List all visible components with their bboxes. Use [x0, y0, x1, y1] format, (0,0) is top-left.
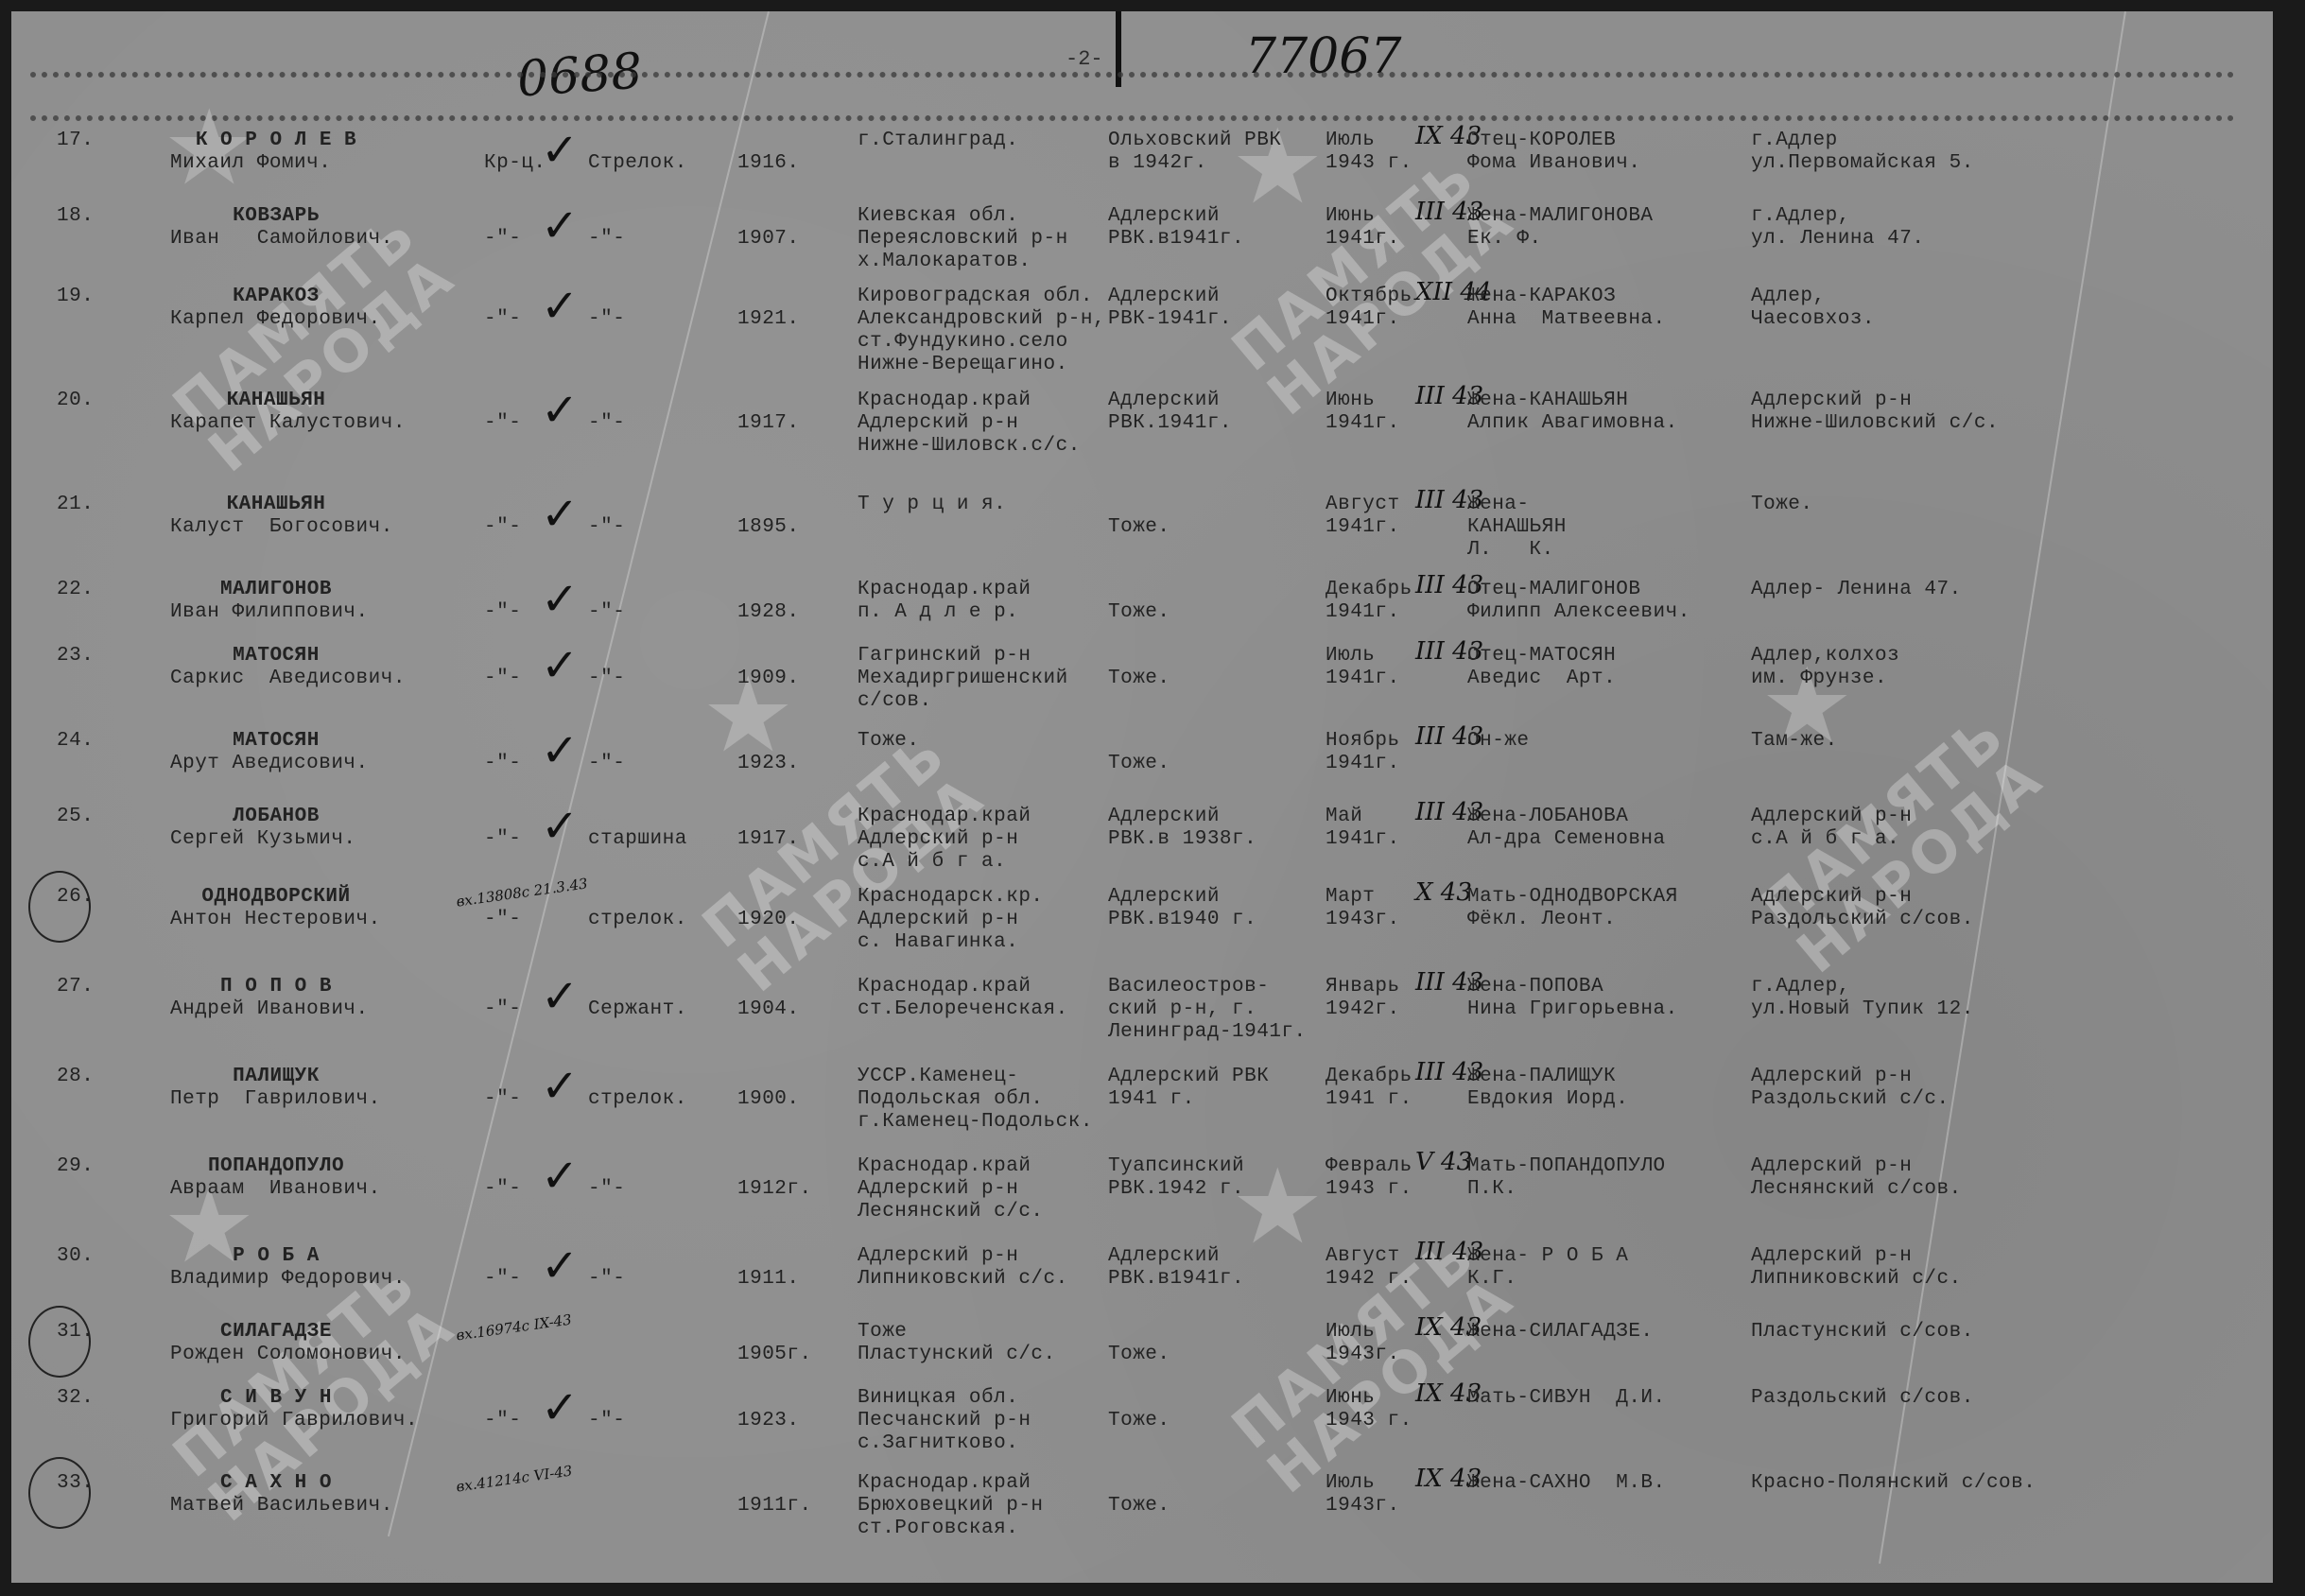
kin-address: Адлерский р-н Липниковский с/с.: [1751, 1245, 1962, 1291]
page-marker: -2-: [1066, 47, 1103, 71]
enlistment-office: Ольховский РВК в 1942г.: [1108, 130, 1281, 175]
checkmark-icon: ✓: [541, 800, 579, 853]
next-of-kin: Жена-КАРАКОЗ Анна Матвеевна.: [1467, 286, 1666, 331]
given-name-patronymic: Михаил Фомич.: [170, 152, 331, 175]
next-of-kin: Жена-САХНО М.В.: [1467, 1472, 1666, 1495]
rank: Стрелок.: [588, 152, 687, 175]
birthplace: Кировоградская обл. Александровский р-н,…: [858, 286, 1105, 376]
loss-date: Август 1942 г.: [1326, 1245, 1412, 1291]
row-number: 18.: [57, 205, 94, 228]
enlistment-office: Тоже.: [1108, 516, 1170, 539]
enlistment-office: Тоже.: [1108, 1344, 1170, 1366]
next-of-kin: Отец-МАЛИГОНОВ Филипп Алексеевич.: [1467, 579, 1690, 624]
birthplace: Краснодар.край Адлерский р-н с.А й б г а…: [858, 806, 1031, 874]
kin-address: Адлерский р-н Леснянский с/сов.: [1751, 1155, 1962, 1201]
social-origin: -"-: [484, 1410, 521, 1432]
birthplace: Тоже.: [858, 730, 920, 753]
birth-year: 1905г.: [737, 1344, 812, 1366]
social-origin: -"-: [484, 753, 521, 775]
loss-date: Июнь 1943 г.: [1326, 1387, 1412, 1432]
rank: -"-: [588, 1410, 625, 1432]
surname: ПОПАНДОПУЛО: [153, 1155, 399, 1178]
row-number: 17.: [57, 130, 94, 152]
enlistment-office: Адлерский РВК.в1940 г.: [1108, 886, 1256, 931]
loss-date: Июнь 1941г.: [1326, 390, 1400, 435]
next-of-kin: Он-же: [1467, 730, 1530, 753]
surname: КАРАКОЗ: [153, 286, 399, 308]
birth-year: 1895.: [737, 516, 800, 539]
given-name-patronymic: Калуст Богосович.: [170, 516, 393, 539]
kin-address: Там-же.: [1751, 730, 1838, 753]
row-number: 23.: [57, 645, 94, 668]
birthplace: УССР.Каменец- Подольская обл. г.Каменец-…: [858, 1066, 1093, 1134]
social-origin: -"-: [484, 1268, 521, 1291]
social-origin: -"-: [484, 1178, 521, 1201]
row-number: 27.: [57, 976, 94, 998]
birthplace: Виницкая обл. Песчанский р-н с.Загнитков…: [858, 1387, 1031, 1455]
social-origin: -"-: [484, 308, 521, 331]
surname: ОДНОДВОРСКИЙ: [153, 886, 399, 909]
rank: Сержант.: [588, 998, 687, 1021]
loss-date: Ноябрь 1941г.: [1326, 730, 1400, 775]
social-origin: -"-: [484, 412, 521, 435]
kin-address: Пластунский с/сов.: [1751, 1321, 1974, 1344]
rank: -"-: [588, 1268, 625, 1291]
given-name-patronymic: Саркис Аведисович.: [170, 668, 406, 690]
document-page: -2- 0688 77067 ПАМЯТЬ НАРОДА ПАМЯТЬ НАРО…: [11, 11, 2273, 1583]
kin-address: Адлер, Чаесовхоз.: [1751, 286, 1875, 331]
given-name-patronymic: Петр Гаврилович.: [170, 1088, 381, 1111]
rank: -"-: [588, 412, 625, 435]
kin-address: г.Адлер, ул.Новый Тупик 12.: [1751, 976, 1974, 1021]
checkmark-icon: ✓: [541, 280, 579, 333]
social-origin: -"-: [484, 998, 521, 1021]
birthplace: Киевская обл. Переясловский р-н х.Малока…: [858, 205, 1068, 273]
row-number: 25.: [57, 806, 94, 828]
given-name-patronymic: Иван Самойлович.: [170, 228, 393, 251]
birth-year: 1921.: [737, 308, 800, 331]
social-origin: -"-: [484, 516, 521, 539]
rank: -"-: [588, 1178, 625, 1201]
birthplace: Краснодар.край Брюховецкий р-н ст.Роговс…: [858, 1472, 1044, 1540]
checkmark-icon: ✓: [541, 1381, 579, 1434]
given-name-patronymic: Григорий Гаврилович.: [170, 1410, 418, 1432]
kin-address: Адлер,колхоз им. Фрунзе.: [1751, 645, 1899, 690]
birth-year: 1909.: [737, 668, 800, 690]
surname: СИЛАГАДЗЕ: [153, 1321, 399, 1344]
header-separator: [30, 72, 2235, 78]
enlistment-office: Василеостров- ский р-н, г. Ленинград-194…: [1108, 976, 1307, 1044]
loss-date: Октябрь 1941г.: [1326, 286, 1412, 331]
loss-date: Декабрь 1941г.: [1326, 579, 1412, 624]
birth-year: 1928.: [737, 601, 800, 624]
enlistment-office: Адлерский РВК-1941г.: [1108, 286, 1232, 331]
birthplace: г.Сталинград.: [858, 130, 1018, 152]
row-number: 31.: [57, 1321, 94, 1344]
kin-address: Раздольский с/сов.: [1751, 1387, 1974, 1410]
handwritten-roman-annotation: V 43: [1415, 1148, 1472, 1176]
surname: С И В У Н: [153, 1387, 399, 1410]
birth-year: 1900.: [737, 1088, 800, 1111]
loss-date: Май 1941г.: [1326, 806, 1400, 851]
next-of-kin: Мать-ОДНОДВОРСКАЯ Фёкл. Леонт.: [1467, 886, 1678, 931]
checkmark-icon: ✓: [541, 639, 579, 692]
social-origin: Кр-ц.: [484, 152, 546, 175]
loss-date: Январь 1942г.: [1326, 976, 1400, 1021]
birthplace: Т у р ц и я.: [858, 494, 1006, 516]
checkmark-icon: ✓: [541, 384, 579, 437]
row-number: 28.: [57, 1066, 94, 1088]
enlistment-office: Адлерский РВК 1941 г.: [1108, 1066, 1269, 1111]
rank: -"-: [588, 516, 625, 539]
social-origin: -"-: [484, 601, 521, 624]
loss-date: Июль 1941г.: [1326, 645, 1400, 690]
star-watermark-icon: ★: [1231, 1146, 1325, 1267]
loss-date: Июль 1943 г.: [1326, 130, 1412, 175]
enlistment-office: Тоже.: [1108, 601, 1170, 624]
birth-year: 1920.: [737, 909, 800, 931]
next-of-kin: Жена-КАНАШЬЯН Алпик Авагимовна.: [1467, 390, 1678, 435]
given-name-patronymic: Андрей Иванович.: [170, 998, 369, 1021]
checkmark-icon: ✓: [541, 199, 579, 252]
rank: стрелок.: [588, 909, 687, 931]
surname: Р О Б А: [153, 1245, 399, 1268]
given-name-patronymic: Рожден Соломонович.: [170, 1344, 406, 1366]
kin-address: Адлер- Ленина 47.: [1751, 579, 1962, 601]
given-name-patronymic: Иван Филиппович.: [170, 601, 369, 624]
row-number: 29.: [57, 1155, 94, 1178]
birthplace: Тоже Пластунский с/с.: [858, 1321, 1056, 1366]
rank: стрелок.: [588, 1088, 687, 1111]
checkmark-icon: ✓: [541, 1150, 579, 1203]
kin-address: Адлерский р-н Нижне-Шиловский с/с.: [1751, 390, 1999, 435]
loss-date: Март 1943г.: [1326, 886, 1400, 931]
enlistment-office: Адлерский РВК.в1941г.: [1108, 205, 1244, 251]
next-of-kin: Жена- Р О Б А К.Г.: [1467, 1245, 1628, 1291]
checkmark-icon: ✓: [541, 1240, 579, 1292]
checkmark-icon: ✓: [541, 124, 579, 177]
enlistment-office: Адлерский РВК.в 1938г.: [1108, 806, 1256, 851]
surname: МАТОСЯН: [153, 730, 399, 753]
birthplace: Краснодар.край ст.Белореченская.: [858, 976, 1068, 1021]
row-number: 21.: [57, 494, 94, 516]
loss-date: Февраль 1943 г.: [1326, 1155, 1412, 1201]
next-of-kin: Жена-ПОПОВА Нина Григорьевна.: [1467, 976, 1678, 1021]
kin-address: Адлерский р-н с.А й б г а.: [1751, 806, 1912, 851]
next-of-kin: Жена- КАНАШЬЯН Л. К.: [1467, 494, 1567, 562]
birth-year: 1904.: [737, 998, 800, 1021]
row-number: 26.: [57, 886, 94, 909]
surname: П О П О В: [153, 976, 399, 998]
birthplace: Краснодар.край п. А д л е р.: [858, 579, 1031, 624]
surname: МАЛИГОНОВ: [153, 579, 399, 601]
loss-date: Июль 1943г.: [1326, 1472, 1400, 1518]
birth-year: 1911.: [737, 1268, 800, 1291]
row-number: 32.: [57, 1387, 94, 1410]
given-name-patronymic: Матвей Васильевич.: [170, 1495, 393, 1518]
handwritten-note: вх.41214с VI-43: [455, 1462, 573, 1495]
kin-address: Адлерский р-н Раздольский с/сов.: [1751, 886, 1974, 931]
loss-date: Июнь 1941г.: [1326, 205, 1400, 251]
kin-address: Красно-Полянский с/сов.: [1751, 1472, 2036, 1495]
next-of-kin: Отец-МАТОСЯН Аведис Арт.: [1467, 645, 1616, 690]
given-name-patronymic: Карпел Федорович.: [170, 308, 381, 331]
loss-date: Июль 1943г.: [1326, 1321, 1400, 1366]
given-name-patronymic: Авраам Иванович.: [170, 1178, 381, 1201]
birth-year: 1911г.: [737, 1495, 812, 1518]
row-number: 20.: [57, 390, 94, 412]
surname: КОВЗАРЬ: [153, 205, 399, 228]
next-of-kin: Жена-СИЛАГАДЗЕ.: [1467, 1321, 1654, 1344]
given-name-patronymic: Сергей Кузьмич.: [170, 828, 356, 851]
rank: -"-: [588, 308, 625, 331]
rank: -"-: [588, 601, 625, 624]
next-of-kin: Мать-СИВУН Д.И.: [1467, 1387, 1666, 1410]
checkmark-icon: ✓: [541, 724, 579, 777]
given-name-patronymic: Владимир Федорович.: [170, 1268, 406, 1291]
enlistment-office: Адлерский РВК.1941г.: [1108, 390, 1232, 435]
given-name-patronymic: Карапет Калустович.: [170, 412, 406, 435]
next-of-kin: Жена-ЛОБАНОВА Ал-дра Семеновна: [1467, 806, 1666, 851]
social-origin: -"-: [484, 1088, 521, 1111]
checkmark-icon: ✓: [541, 1060, 579, 1113]
next-of-kin: Отец-КОРОЛЕВ Фома Иванович.: [1467, 130, 1640, 175]
social-origin: -"-: [484, 668, 521, 690]
rank: старшина: [588, 828, 687, 851]
header-separator: [30, 115, 2235, 121]
next-of-kin: Мать-ПОПАНДОПУЛО П.К.: [1467, 1155, 1666, 1201]
enlistment-office: Тоже.: [1108, 753, 1170, 775]
birth-year: 1917.: [737, 828, 800, 851]
birth-year: 1916.: [737, 152, 800, 175]
birthplace: Краснодар.край Адлерский р-н Леснянский …: [858, 1155, 1044, 1223]
birthplace: Краснодарск.кр. Адлерский р-н с. Навагин…: [858, 886, 1044, 954]
surname: К О Р О Л Е В: [153, 130, 399, 152]
social-origin: -"-: [484, 228, 521, 251]
birth-year: 1912г.: [737, 1178, 812, 1201]
loss-date: Декабрь 1941 г.: [1326, 1066, 1412, 1111]
checkmark-icon: ✓: [541, 573, 579, 626]
row-number: 22.: [57, 579, 94, 601]
handwritten-note: вх.13808с 21.3.43: [455, 875, 588, 910]
kin-address: Тоже.: [1751, 494, 1813, 516]
surname: ПАЛИЩУК: [153, 1066, 399, 1088]
row-number: 33.: [57, 1472, 94, 1495]
enlistment-office: Тоже.: [1108, 1495, 1170, 1518]
next-of-kin: Жена-ПАЛИЩУК Евдокия Иорд.: [1467, 1066, 1628, 1111]
surname: КАНАШЬЯН: [153, 390, 399, 412]
rank: -"-: [588, 228, 625, 251]
rank: -"-: [588, 753, 625, 775]
next-of-kin: Жена-МАЛИГОНОВА Ек. Ф.: [1467, 205, 1654, 251]
kin-address: г.Адлер ул.Первомайская 5.: [1751, 130, 1974, 175]
surname: МАТОСЯН: [153, 645, 399, 668]
row-number: 24.: [57, 730, 94, 753]
birthplace: Гагринский р-н Мехадиргришенский с/сов.: [858, 645, 1068, 713]
social-origin: -"-: [484, 909, 521, 931]
loss-date: Август 1941г.: [1326, 494, 1400, 539]
checkmark-icon: ✓: [541, 488, 579, 541]
enlistment-office: Адлерский РВК.в1941г.: [1108, 1245, 1244, 1291]
surname: ЛОБАНОВ: [153, 806, 399, 828]
enlistment-office: Тоже.: [1108, 668, 1170, 690]
row-number: 19.: [57, 286, 94, 308]
birth-year: 1923.: [737, 1410, 800, 1432]
kin-address: г.Адлер, ул. Ленина 47.: [1751, 205, 1924, 251]
row-number: 30.: [57, 1245, 94, 1268]
surname: С А Х Н О: [153, 1472, 399, 1495]
social-origin: -"-: [484, 828, 521, 851]
enlistment-office: Туапсинский РВК.1942 г.: [1108, 1155, 1244, 1201]
birth-year: 1917.: [737, 412, 800, 435]
enlistment-office: Тоже.: [1108, 1410, 1170, 1432]
rank: -"-: [588, 668, 625, 690]
birth-year: 1923.: [737, 753, 800, 775]
handwritten-roman-annotation: X 43: [1415, 878, 1472, 907]
given-name-patronymic: Арут Аведисович.: [170, 753, 369, 775]
birthplace: Адлерский р-н Липниковский с/с.: [858, 1245, 1068, 1291]
birth-year: 1907.: [737, 228, 800, 251]
kin-address: Адлерский р-н Раздольский с/с.: [1751, 1066, 1950, 1111]
given-name-patronymic: Антон Нестерович.: [170, 909, 381, 931]
birthplace: Краснодар.край Адлерский р-н Нижне-Шилов…: [858, 390, 1081, 458]
surname: КАНАШЬЯН: [153, 494, 399, 516]
checkmark-icon: ✓: [541, 970, 579, 1023]
